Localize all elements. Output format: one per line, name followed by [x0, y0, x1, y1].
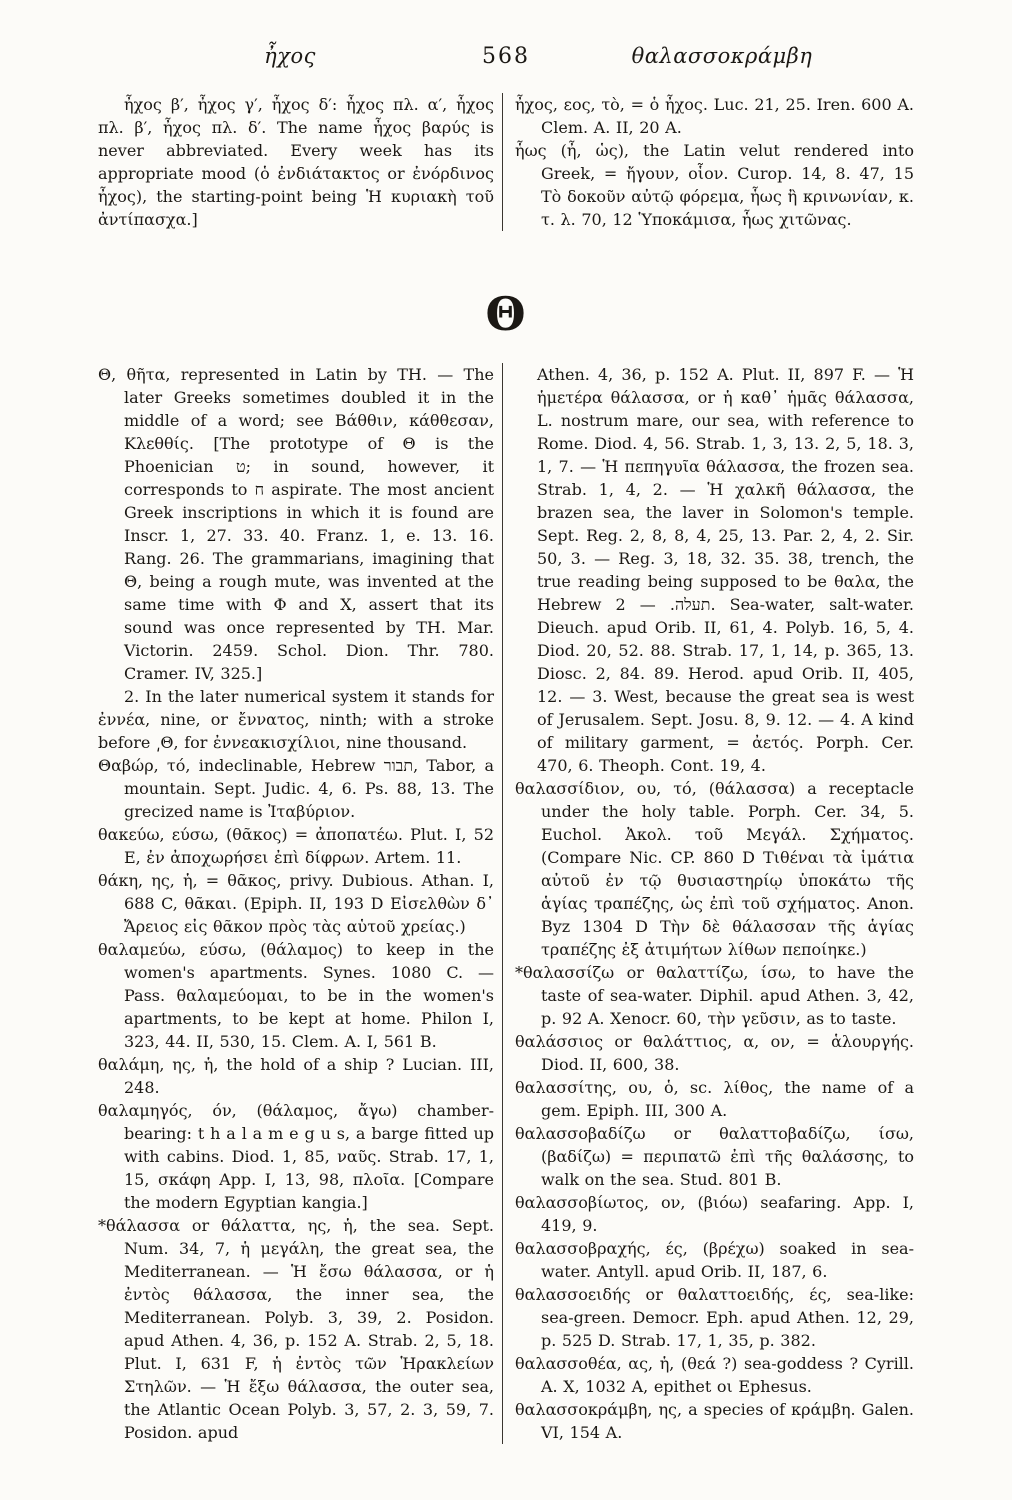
- entry-thalassios: θαλάσσιος or θαλάττιος, α, ον, = ἁλουργή…: [515, 1030, 914, 1076]
- entry-thalassa: *θάλασσα or θάλαττα, ης, ἡ, the sea. Sep…: [98, 1214, 494, 1444]
- entry-theta-numeral: 2. In the later numerical system it stan…: [98, 685, 494, 754]
- entry-thabor: Θαβώρ, τό, indeclinable, Hebrew תבור, Ta…: [98, 754, 494, 823]
- top-left-column: ἦχος β′, ἦχος γ′, ἦχος δ′: ἦχος πλ. α′, …: [98, 93, 502, 231]
- entry-thalassokrambe: θαλασσοκράμβη, ης, a species of κράμβη. …: [515, 1398, 914, 1444]
- entry-thakeuo: θακεύω, εύσω, (θᾶκος) = ἀποπατέω. Plut. …: [98, 823, 494, 869]
- entry-thake: θάκη, ης, ἡ, = θᾶκος, privy. Dubious. At…: [98, 869, 494, 938]
- entry-thalamegos: θαλαμηγός, όν, (θάλαμος, ἄγω) chamber-be…: [98, 1099, 494, 1214]
- running-head-left-word: ἦχος: [98, 44, 482, 68]
- section-heading-theta: Θ: [98, 289, 914, 339]
- page-content: ἦχος 568 θαλασσοκράμβη ἦχος β′, ἦχος γ′,…: [98, 44, 914, 1444]
- top-right-column: ἦχος, εος, τὸ, = ὁ ἦχος. Luc. 21, 25. Ir…: [503, 93, 914, 231]
- entry-theta-letter: Θ, θῆτα, represented in Latin by TH. — T…: [98, 363, 494, 685]
- echos-continuation-section: ἦχος β′, ἦχος γ′, ἦχος δ′: ἦχος πλ. α′, …: [98, 93, 914, 231]
- entry-thalassobraches: θαλασσοβραχής, ές, (βρέχω) soaked in sea…: [515, 1237, 914, 1283]
- running-head-right-word: θαλασσοκράμβη: [530, 44, 914, 68]
- entry-thalame: θαλάμη, ης, ἡ, the hold of a ship ? Luci…: [98, 1053, 494, 1099]
- entry-thalameuo: θαλαμεύω, εύσω, (θάλαμος) to keep in the…: [98, 938, 494, 1053]
- entry-thalassa-continuation: Athen. 4, 36, p. 152 A. Plut. II, 897 F.…: [515, 363, 914, 777]
- entry-thalassoeides: θαλασσοειδής or θαλαττοειδής, ές, sea-li…: [515, 1283, 914, 1352]
- entry-echos-modes: ἦχος β′, ἦχος γ′, ἦχος δ′: ἦχος πλ. α′, …: [98, 93, 494, 231]
- entry-thalassobadizo: θαλασσοβαδίζω or θαλαττοβαδίζω, ίσω, (βα…: [515, 1122, 914, 1191]
- theta-entries-section: Θ, θῆτα, represented in Latin by TH. — T…: [98, 363, 914, 1444]
- entry-heos: ἧως (ἦ, ὡς), the Latin velut rendered in…: [515, 139, 914, 231]
- entry-echos-neuter: ἦχος, εος, τὸ, = ὁ ἦχος. Luc. 21, 25. Ir…: [515, 93, 914, 139]
- entry-thalassobiotos: θαλασσοβίωτος, ον, (βιόω) seafaring. App…: [515, 1191, 914, 1237]
- main-left-column: Θ, θῆτα, represented in Latin by TH. — T…: [98, 363, 502, 1444]
- lexicon-page: ἦχος 568 θαλασσοκράμβη ἦχος β′, ἦχος γ′,…: [0, 0, 1012, 1500]
- entry-thalassidion: θαλασσίδιον, ου, τό, (θάλασσα) a recepta…: [515, 777, 914, 961]
- running-head: ἦχος 568 θαλασσοκράμβη: [98, 44, 914, 69]
- main-right-column: Athen. 4, 36, p. 152 A. Plut. II, 897 F.…: [503, 363, 914, 1444]
- entry-thalassizo: *θαλασσίζω or θαλαττίζω, ίσω, to have th…: [515, 961, 914, 1030]
- entry-thalassites: θαλασσίτης, ου, ὁ, sc. λίθος, the name o…: [515, 1076, 914, 1122]
- entry-thalassothea: θαλασσοθέα, ας, ἡ, (θεά ?) sea-goddess ?…: [515, 1352, 914, 1398]
- page-number: 568: [482, 44, 530, 69]
